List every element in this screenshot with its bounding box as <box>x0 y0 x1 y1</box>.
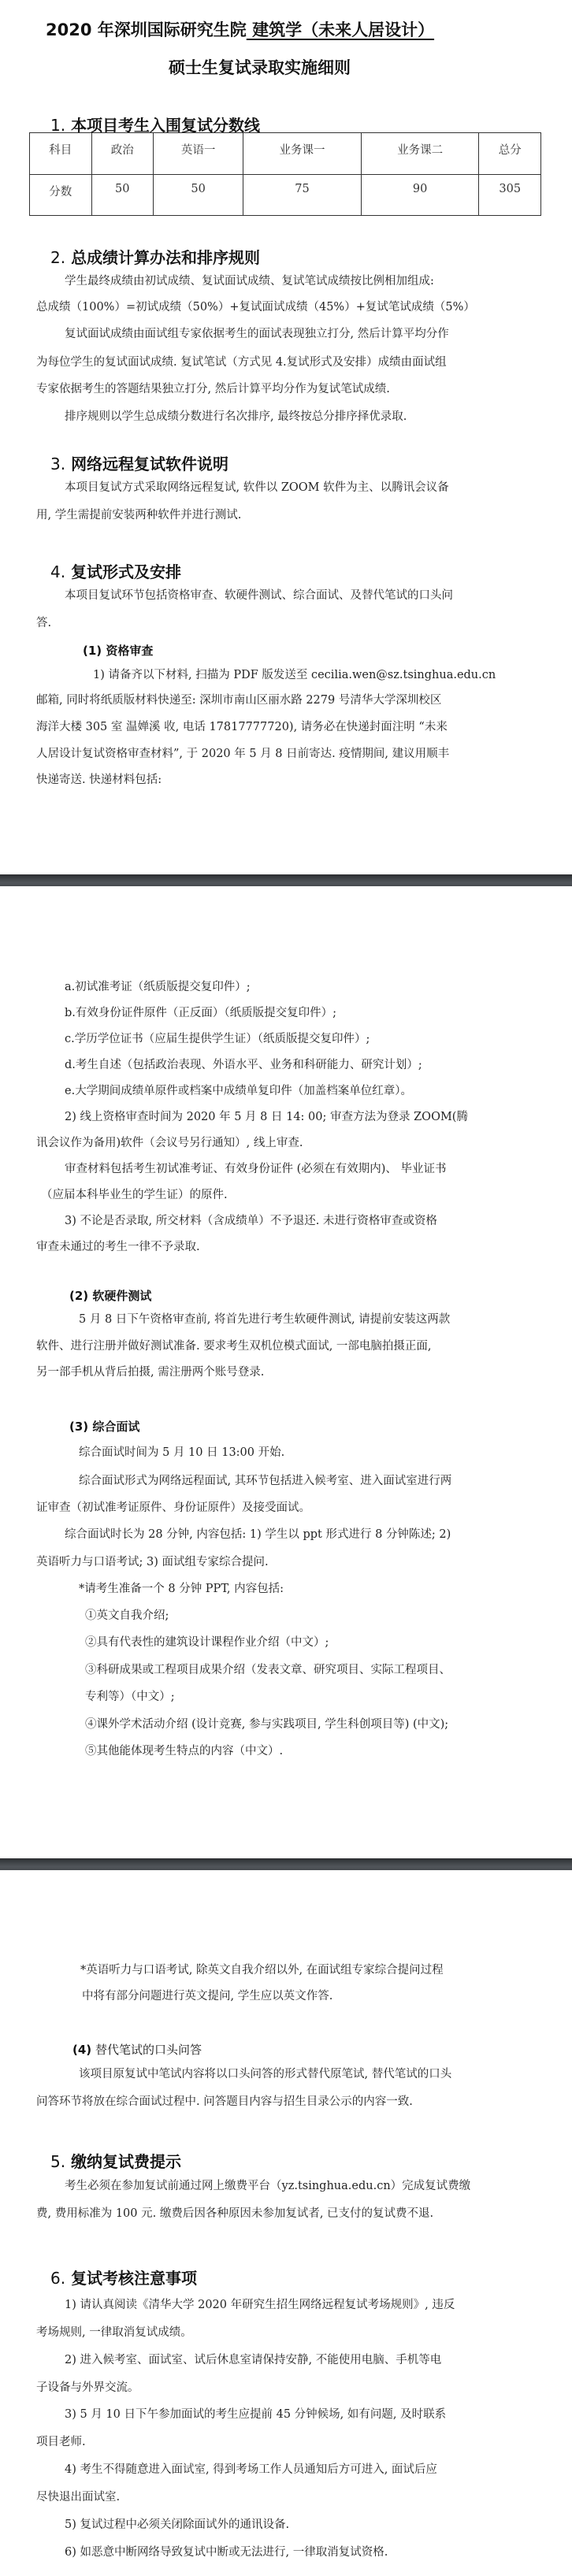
paragraph-line: 问答环节将放在综合面试过程中. 问答题目内容与招生目录公示的内容一致. <box>36 2095 413 2108</box>
paragraph-line: 证审查（初试准考证原件、身份证原件）及接受面试。 <box>36 1501 310 1514</box>
material-item: d.考生自述（包括政治表现、外语水平、业务和科研能力、研究计划）; <box>65 1059 422 1071</box>
paragraph-line: 3) 不论是否录取, 所交材料（含成绩单）不予退还. 未进行资格审查或资格 <box>65 1215 437 1227</box>
paragraph-line: 英语听力与口语考试; 3) 面试组专家综合提问. <box>36 1556 269 1568</box>
ppt-item: 专利等）（中文）; <box>85 1691 175 1703</box>
paragraph-line: 项目老师. <box>36 2436 86 2448</box>
page-separator <box>0 1858 572 1870</box>
paragraph-line: 考场规则, 一律取消复试成绩。 <box>36 2326 192 2339</box>
paragraph-line: 4) 考生不得随意进入面试室, 得到考场工作人员通知后方可进入, 面试后应 <box>65 2463 437 2476</box>
paragraph-line: 审查材料包括考生初试准考证、有效身份证件 (必须在有效期内)、 毕业证书 <box>65 1163 447 1175</box>
paragraph-line: 2) 进入候考室、面试室、试后休息室请保持安静, 不能使用电脑、手机等电 <box>65 2354 441 2366</box>
table-cell: 分数 <box>30 174 92 216</box>
table-cell: 305 <box>479 174 541 216</box>
paragraph-line: 海洋大楼 305 室 温婵溪 收, 电话 17817777720), 请务必在快… <box>36 721 448 733</box>
paragraph-line: 3) 5 月 10 日下午参加面试的考生应提前 45 分钟候场, 如有问题, 及… <box>65 2408 446 2421</box>
material-item: e.大学期间成绩单原件或档案中成绩单复印件（加盖档案单位红章）。 <box>65 1085 412 1097</box>
paragraph-line: 1) 请认真阅读《清华大学 2020 年研究生招生网络远程复试考场规则》, 违反 <box>65 2299 455 2311</box>
score-table: 科目 政治 英语一 业务课一 业务课二 总分 分数 50 50 75 90 30… <box>29 132 541 216</box>
document-title-line2: 硕士生复试录取实施细则 <box>169 55 351 79</box>
paragraph-line: 为每位学生的复试面试成绩. 复试笔试（方式见 4.复试形式及安排）成绩由面试组 <box>36 356 447 369</box>
paragraph-line: 1) 请备齐以下材料, 扫描为 PDF 版发送至 cecilia.wen@sz.… <box>93 669 496 681</box>
paragraph-line: 快递寄送. 快递材料包括: <box>36 774 162 786</box>
paragraph-line: 软件、进行注册并做好测试准备. 要求考生双机位模式面试, 一部电脑拍摄正面, <box>36 1340 432 1353</box>
table-header-cell: 政治 <box>91 133 154 175</box>
paragraph-line: 该项目原复试中笔试内容将以口头问答的形式替代原笔试, 替代笔试的口头 <box>79 2068 451 2080</box>
paragraph-line: 学生最终成绩由初试成绩、复试面试成绩、复试笔试成绩按比例相加组成: <box>65 275 434 288</box>
paragraph-line: 综合面试时长为 28 分钟, 内容包括: 1) 学生以 ppt 形式进行 8 分… <box>65 1528 451 1541</box>
subsection-heading-interview: (3) 综合面试 <box>69 1418 139 1435</box>
paragraph-line: 考生必须在参加复试前通过网上缴费平台（yz.tsinghua.edu.cn）完成… <box>65 2180 470 2192</box>
table-cell: 90 <box>361 174 479 216</box>
paragraph-line: 综合面试形式为网络远程面试, 其环节包括进入候考室、进入面试室进行两 <box>79 1475 451 1487</box>
subsection-heading-qualification: (1) 资格审查 <box>83 642 153 659</box>
note-line: *英语听力与口语考试, 除英文自我介绍以外, 在面试组专家综合提问过程 <box>80 1964 444 1977</box>
title-major: 建筑学（未来人居设计） <box>247 20 434 39</box>
paragraph-line: 专家依据考生的答题结果独立打分, 然后计算平均分作为复试笔试成绩. <box>36 383 390 395</box>
table-header-cell: 业务课一 <box>243 133 362 175</box>
paragraph-line: 尽快退出面试室. <box>36 2491 120 2504</box>
paragraph-line: 排序规则以学生总成绩分数进行名次排序, 最终按总分排序择优录取. <box>65 410 407 423</box>
table-header-cell: 科目 <box>30 133 92 175</box>
subsection-heading-software-test: (2) 软硬件测试 <box>69 1287 151 1304</box>
title-prefix: 2020 年深圳国际研究生院 <box>46 20 247 39</box>
section4-heading: 4. 复试形式及安排 <box>50 559 181 582</box>
paragraph-line: 讯会议作为备用)软件（会议号另行通知）, 线上审查. <box>36 1137 303 1149</box>
section2-heading: 2. 总成绩计算办法和排序规则 <box>50 245 260 268</box>
paragraph-line: 人居设计复试资格审查材料”, 于 2020 年 5 月 8 日前寄达. 疫情期间… <box>36 748 449 760</box>
section3-heading: 3. 网络远程复试软件说明 <box>50 451 228 474</box>
table-cell: 50 <box>91 174 154 216</box>
table-row: 分数 50 50 75 90 305 <box>30 174 541 216</box>
material-item: b.有效身份证件原件（正反面）（纸质版提交复印件）; <box>65 1007 336 1019</box>
paragraph-line: 本项目复试方式采取网络远程复试, 软件以 ZOOM 软件为主、以腾讯会议备 <box>65 481 449 494</box>
section5-heading: 5. 缴纳复试费提示 <box>50 2149 181 2172</box>
paragraph-line: 邮箱, 同时将纸质版材料快递至: 深圳市南山区丽水路 2279 号清华大学深圳校… <box>36 694 441 707</box>
material-item: a.初试准考证（纸质版提交复印件）; <box>65 981 251 993</box>
table-cell: 75 <box>243 174 362 216</box>
ppt-item: ②具有代表性的建筑设计课程作业介绍（中文）; <box>85 1636 329 1649</box>
ppt-item: ④课外学术活动介绍 (设计竞赛, 参与实践项目, 学生科创项目等) (中文); <box>85 1718 448 1731</box>
paragraph-line: 另一部手机从背后拍摄, 需注册两个账号登录. <box>36 1366 264 1379</box>
section6-heading: 6. 复试考核注意事项 <box>50 2266 197 2288</box>
note-line: 中将有部分问题进行英文提问, 学生应以英文作答. <box>82 1990 332 2003</box>
table-header-cell: 业务课二 <box>361 133 479 175</box>
paragraph-line: 费, 费用标准为 100 元. 缴费后因各种原因未参加复试者, 已支付的复试费不… <box>36 2207 433 2220</box>
material-item: c.学历学位证书（应届生提供学生证）（纸质版提交复印件）; <box>65 1033 370 1045</box>
table-cell: 50 <box>154 174 243 216</box>
ppt-item: ⑤其他能体现考生特点的内容（中文）. <box>85 1745 283 1758</box>
table-header-cell: 总分 <box>479 133 541 175</box>
page-separator <box>0 874 572 886</box>
paragraph-line: 答. <box>36 617 51 629</box>
paragraph-line: 综合面试时间为 5 月 10 日 13:00 开始. <box>79 1446 284 1459</box>
ppt-item: ①英文自我介绍; <box>85 1609 169 1622</box>
document-title-line1: 2020 年深圳国际研究生院 建筑学（未来人居设计） <box>46 17 434 41</box>
table-header-row: 科目 政治 英语一 业务课一 业务课二 总分 <box>30 133 541 175</box>
paragraph-line: *请考生准备一个 8 分钟 PPT, 内容包括: <box>79 1583 284 1595</box>
paragraph-line: 复试面试成绩由面试组专家依据考生的面试表现独立打分, 然后计算平均分作 <box>65 328 449 340</box>
paragraph-line: 2) 线上资格审查时间为 2020 年 5 月 8 日 14: 00; 审查方法… <box>65 1111 468 1123</box>
paragraph-line: 5) 复试过程中必须关闭除面试外的通讯设备. <box>65 2518 289 2531</box>
table-header-cell: 英语一 <box>154 133 243 175</box>
subsection-heading-oral-qa: (4) 替代笔试的口头问答 <box>72 2041 202 2058</box>
paragraph-line: 本项目复试环节包括资格审查、软硬件测试、综合面试、及替代笔试的口头问 <box>65 589 453 602</box>
paragraph-line: （应届本科毕业生的学生证）的原件. <box>41 1189 228 1201</box>
formula-line: 总成绩（100%）=初试成绩（50%）+复试面试成绩（45%）+复试笔试成绩（5… <box>36 301 475 314</box>
paragraph-line: 子设备与外界交流。 <box>36 2381 139 2394</box>
paragraph-line: 审查未通过的考生一律不予录取. <box>36 1241 200 1253</box>
ppt-item: ③科研成果或工程项目成果介绍（发表文章、研究项目、实际工程项目、 <box>85 1664 451 1676</box>
paragraph-line: 用, 学生需提前安装两种软件并进行测试. <box>36 509 241 522</box>
paragraph-line: 6) 如恶意中断网络导致复试中断或无法进行, 一律取消复试资格. <box>65 2546 388 2559</box>
paragraph-line: 5 月 8 日下午资格审查前, 将首先进行考生软硬件测试, 请提前安装这两款 <box>79 1313 450 1326</box>
